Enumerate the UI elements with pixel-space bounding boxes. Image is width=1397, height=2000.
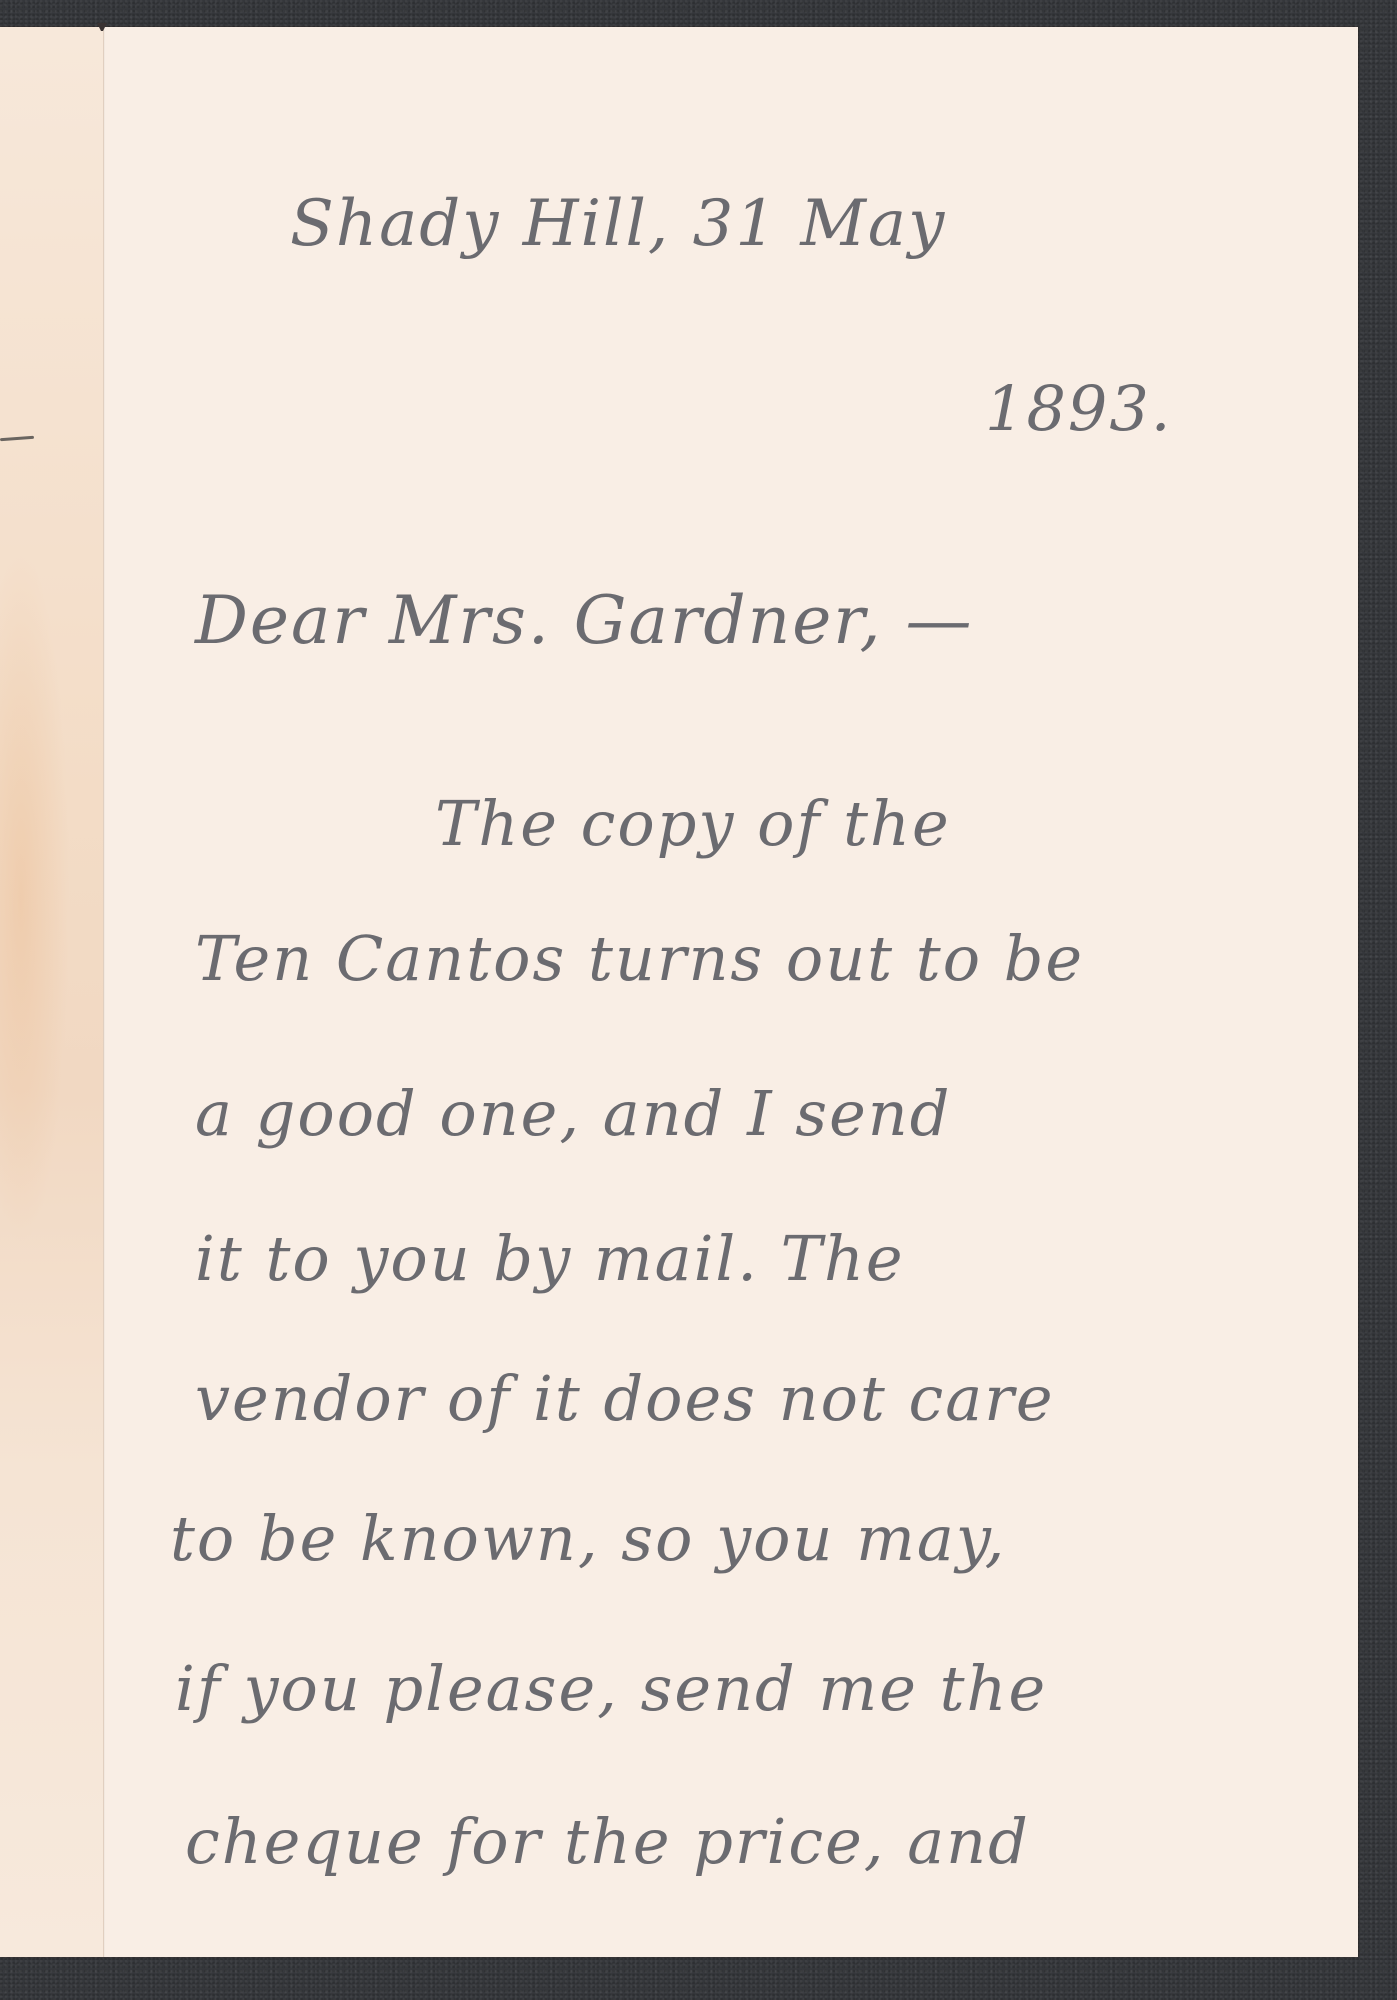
body-line: if you please, send me the bbox=[175, 1652, 1047, 1725]
body-line: a good one, and I send bbox=[195, 1077, 951, 1150]
paper-stain bbox=[0, 547, 70, 1247]
salutation: Dear Mrs. Gardner, — bbox=[195, 582, 974, 659]
body-line: Ten Cantos turns out to be bbox=[195, 922, 1084, 995]
body-line: The copy of the bbox=[435, 787, 951, 860]
heading-year: 1893. bbox=[985, 372, 1173, 445]
body-line: cheque for the price, and bbox=[185, 1805, 1030, 1878]
body-line: it to you by mail. The bbox=[195, 1222, 905, 1295]
ink-stroke-mark bbox=[0, 436, 34, 441]
left-page-edge bbox=[0, 27, 103, 1957]
letter-page: Shady Hill, 31 May 1893. Dear Mrs. Gardn… bbox=[105, 27, 1358, 1957]
letter-sheet: Shady Hill, 31 May 1893. Dear Mrs. Gardn… bbox=[0, 27, 1358, 1957]
heading-place-date: Shady Hill, 31 May bbox=[290, 187, 946, 261]
body-line: to be known, so you may, bbox=[170, 1502, 1006, 1575]
body-line: vendor of it does not care bbox=[195, 1362, 1055, 1435]
